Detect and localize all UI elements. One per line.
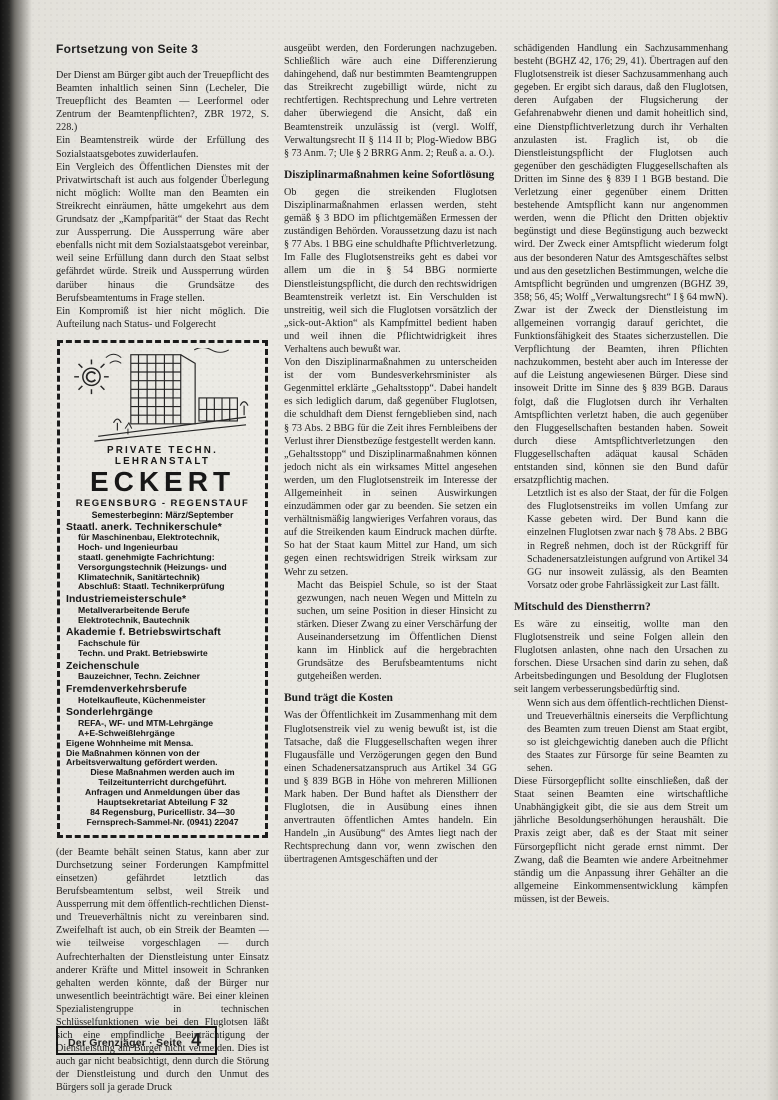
section-heading-bund-traegt-kosten: Bund trägt die Kosten [284,692,497,705]
ad-section-line: Abschluß: Staatl. Technikerprüfung [78,582,259,592]
continuation-note: Fortsetzung von Seite 3 [56,42,269,56]
ad-school-name: ECKERT [66,468,259,496]
ad-note: Eigene Wohnheime mit Mensa. [66,739,259,749]
eckert-school-advertisement: PRIVATE TECHN. LEHRANSTALT ECKERT REGENS… [57,340,268,838]
paragraph: Es wäre zu einseitig, wollte man den Flu… [514,618,728,697]
scan-shadow-left [0,0,32,1100]
ad-section-line: Elektrotechnik, Bautechnik [78,616,259,626]
ad-semester-note: Semesterbeginn: März/September [66,510,259,520]
ad-section-title: Fremdenverkehrsberufe [66,684,259,696]
ad-section: Staatl. anerk. Technikerschule* für Masc… [66,522,259,592]
paragraph: Wenn sich aus dem öffentlich-rechtlichen… [514,697,728,776]
ad-section: Fremdenverkehrsberufe Hotelkaufleute, Kü… [66,684,259,705]
ad-section-line: Bauzeichner, Techn. Zeichner [78,672,259,682]
ad-section-line: Hotelkaufleute, Küchenmeister [78,696,259,706]
scan-shadow-right [766,0,778,1100]
ad-note: Diese Maßnahmen werden auch im Teilzeitu… [66,768,259,788]
paragraph: Ein Kompromiß ist hier nicht möglich. Di… [56,305,269,331]
paragraph: Ob gegen die streikenden Fluglotsen Disz… [284,186,497,356]
ad-note: Anfragen und Anmeldungen über das Haupts… [66,788,259,808]
ad-institute-type: PRIVATE TECHN. LEHRANSTALT [66,445,259,467]
paragraph: Ein Beamtenstreik würde der Erfüllung de… [56,134,269,160]
column-2: ausgeübt werden, den Forderungen nachzug… [284,42,497,867]
paragraph: „Gehaltsstopp“ und Disziplinarmaßnahmen … [284,448,497,579]
paragraph: Diese Fürsorgepflicht sollte einschließe… [514,775,728,906]
ad-section: Akademie f. Betriebswirtschaft Fachschul… [66,627,259,658]
ad-section-line: Techn. und Prakt. Betriebswirte [78,649,259,659]
column-1: Fortsetzung von Seite 3 Der Dienst am Bü… [56,42,269,1095]
paragraph: Der Dienst am Bürger gibt auch der Treue… [56,69,269,134]
ad-section: Industriemeisterschule* Metallverarbeite… [66,594,259,625]
ad-cities: REGENSBURG - REGENSTAUF [66,498,259,509]
paragraph: Ein Vergleich des Öffentlichen Dienstes … [56,161,269,305]
paragraph: (der Beamte behält seinen Status, kann a… [56,846,269,1095]
ad-note: Die Maßnahmen können von der Arbeitsverw… [66,749,259,769]
section-heading-mitschuld: Mitschuld des Dienstherrn? [514,601,728,614]
paragraph: Macht das Beispiel Schule, so ist der St… [284,579,497,684]
paragraph: Von den Disziplinarmaßnahmen zu untersch… [284,356,497,448]
column-3: schädigenden Handlung ein Sachzusammenha… [514,42,728,906]
paragraph: schädigenden Handlung ein Sachzusammenha… [514,42,728,487]
section-heading-disziplinarmassnahmen: Disziplinarmaßnahmen keine Sofortlösung [284,169,497,182]
footer-page-number: 4 [191,1031,201,1049]
scanned-page: Fortsetzung von Seite 3 Der Dienst am Bü… [0,0,778,1100]
page-footer: Der Grenzjäger · Seite 4 [56,1026,217,1055]
paragraph: ausgeübt werden, den Forderungen nachzug… [284,42,497,160]
footer-publication-label: Der Grenzjäger · Seite [68,1037,182,1049]
eckert-building-illustration [66,348,259,444]
paragraph: Was der Öffentlichkeit im Zusammenhang m… [284,709,497,866]
paragraph: Letztlich ist es also der Staat, der für… [514,487,728,592]
ad-section: Sonderlehrgänge REFA-, WF- und MTM-Lehrg… [66,707,259,738]
ad-phone: Fernsprech-Sammel-Nr. (0941) 22047 [66,818,259,828]
ad-section: Zeichenschule Bauzeichner, Techn. Zeichn… [66,661,259,682]
